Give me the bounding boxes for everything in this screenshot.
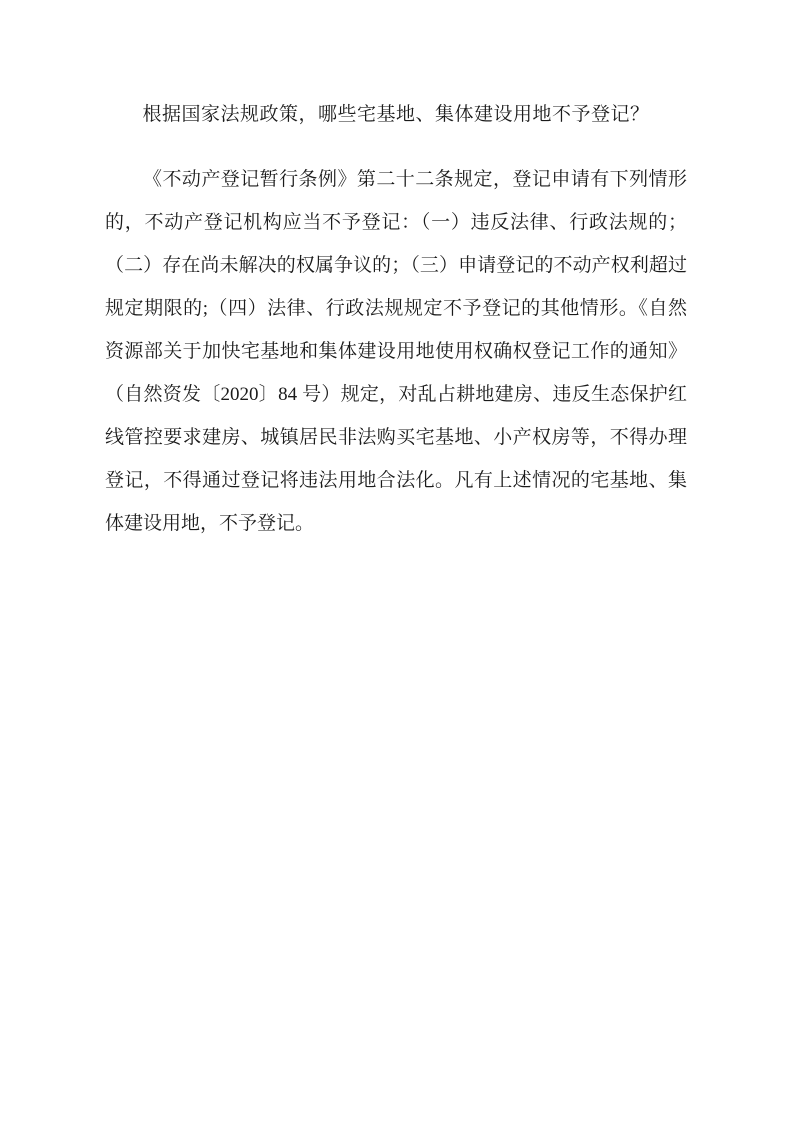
- document-page: 根据国家法规政策，哪些宅基地、集体建设用地不予登记？ 《不动产登记暂行条例》第二…: [0, 0, 793, 1122]
- document-body-paragraph: 《不动产登记暂行条例》第二十二条规定，登记申请有下列情形的，不动产登记机构应当不…: [105, 158, 687, 545]
- document-title: 根据国家法规政策，哪些宅基地、集体建设用地不予登记？: [105, 93, 687, 136]
